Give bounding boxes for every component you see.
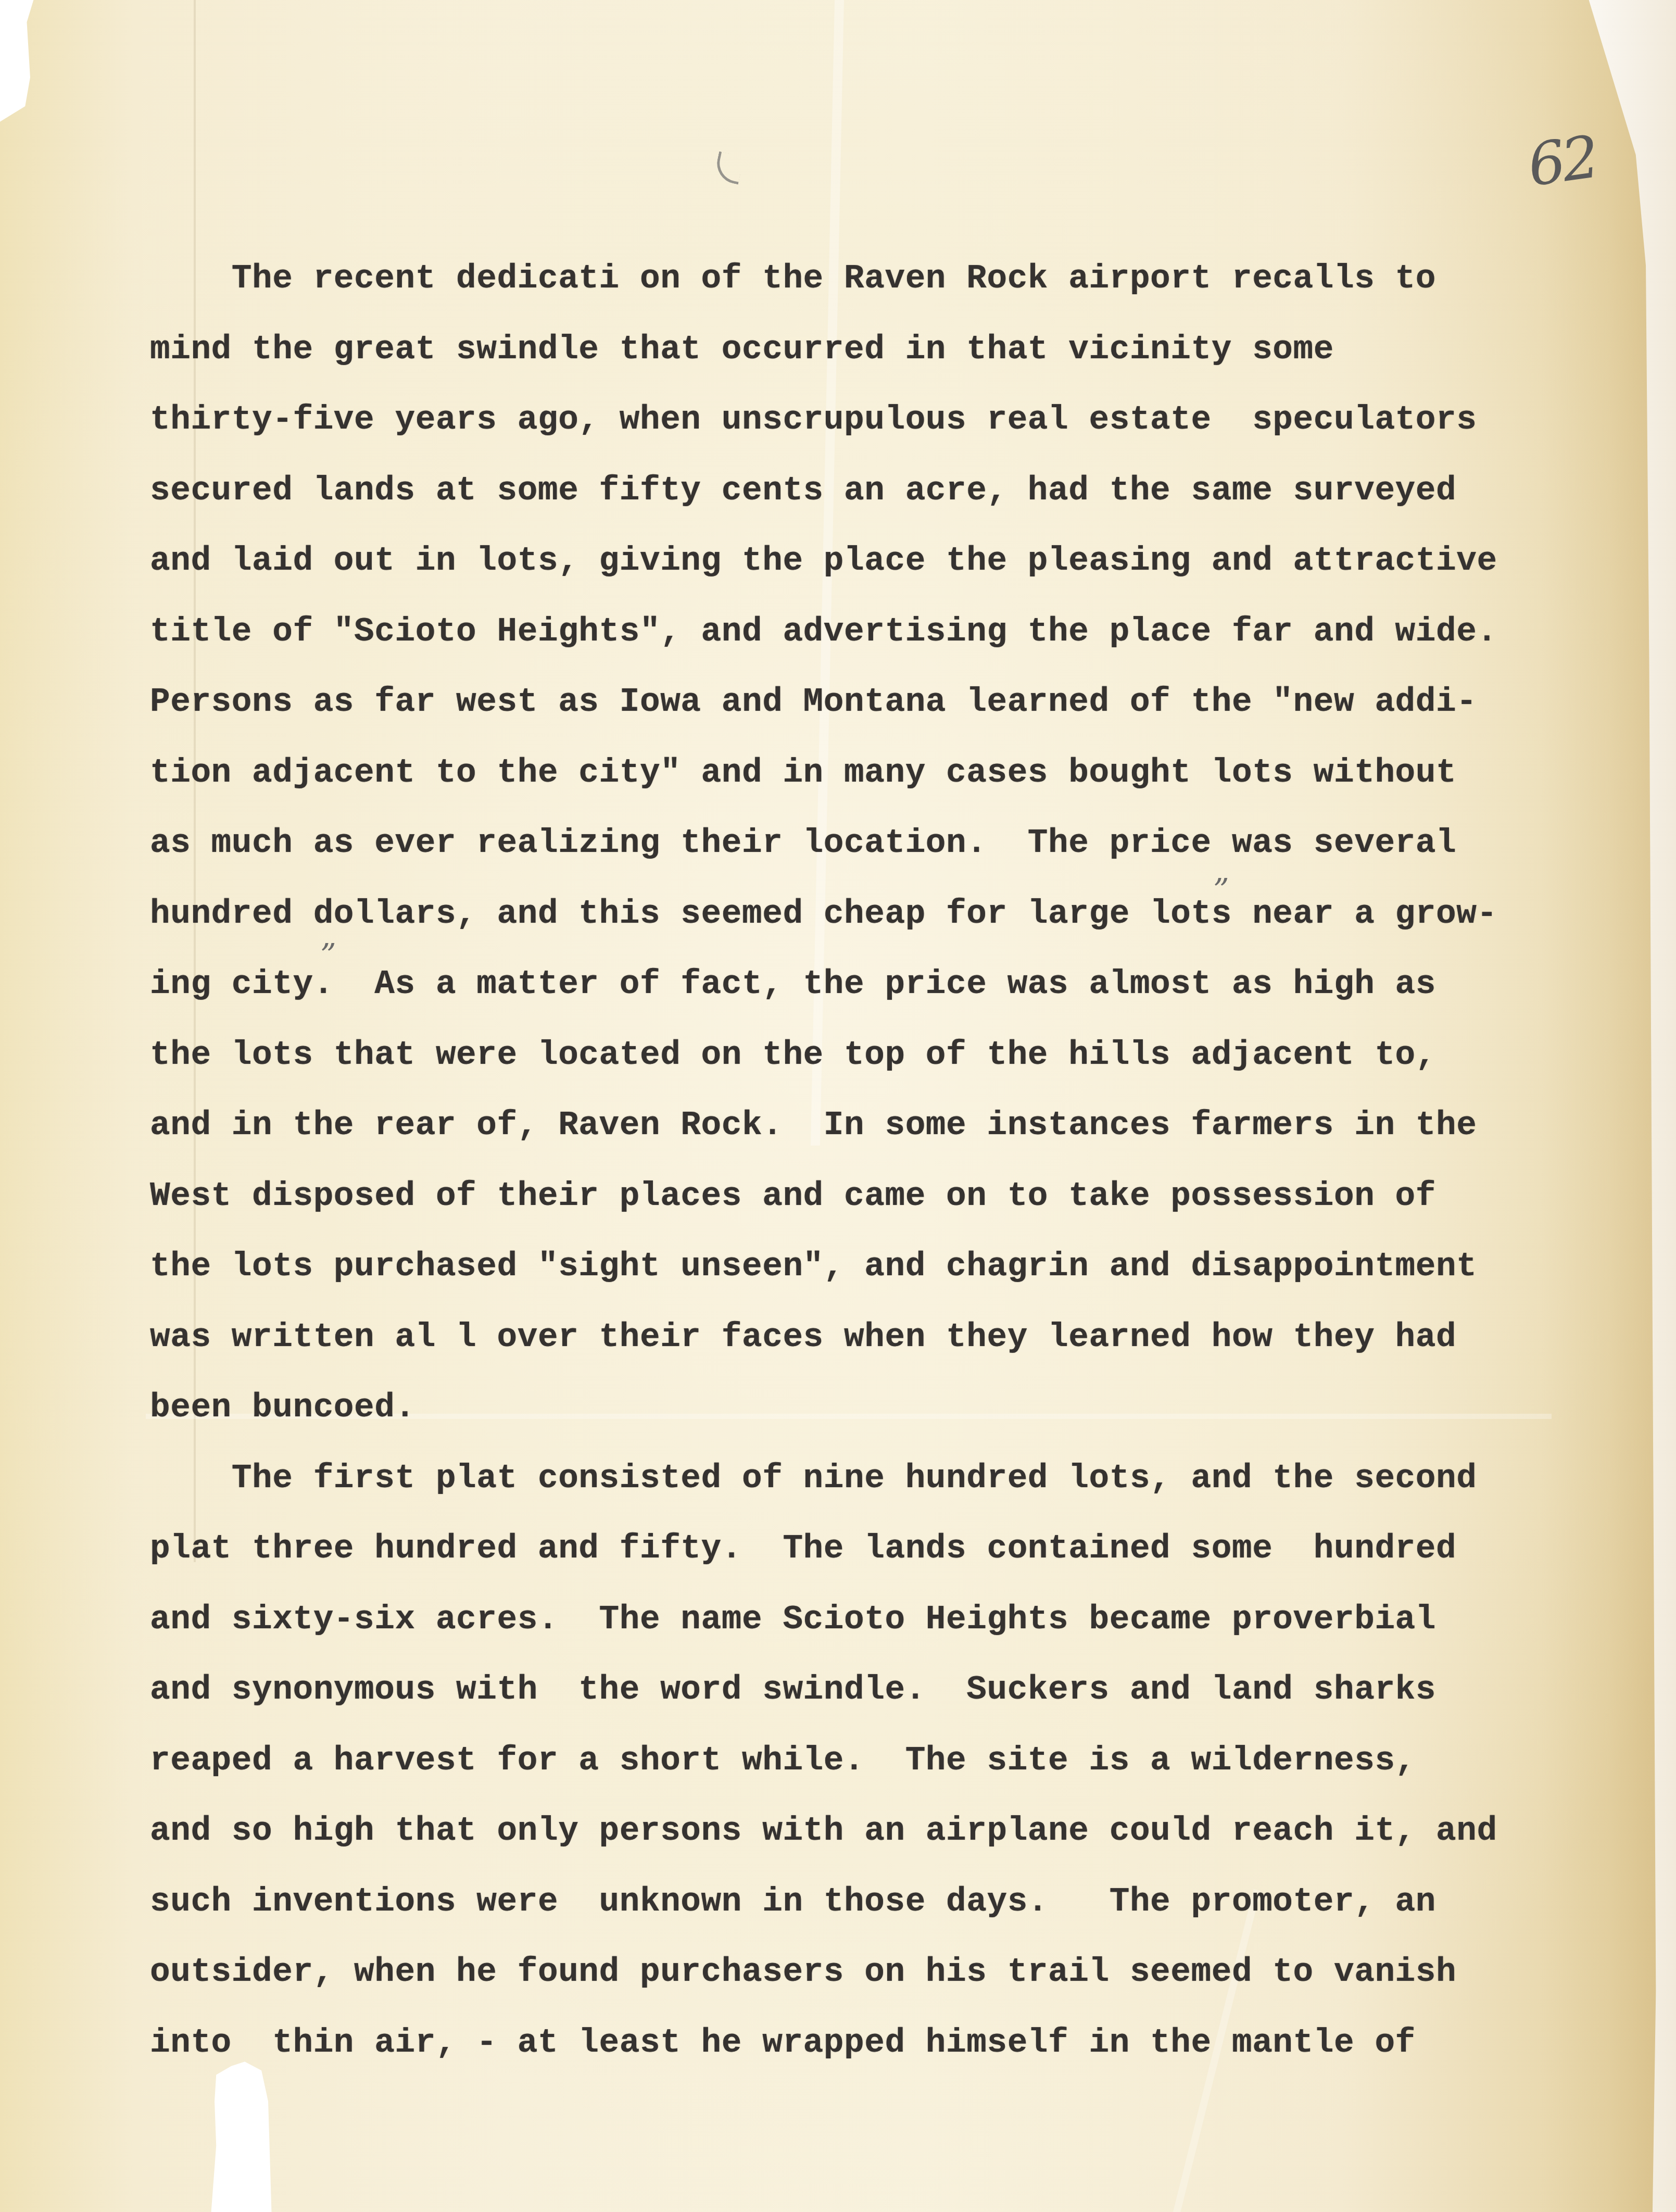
text-line: hundred dollars, and this seemed cheap f… — [150, 879, 1545, 950]
text-line: was written al l over their faces when t… — [150, 1302, 1545, 1373]
text-line: The recent dedicati on of the Raven Rock… — [150, 244, 1545, 315]
text-line: title of "Scioto Heights", and advertisi… — [150, 597, 1545, 668]
text-line: and synonymous with the word swindle. Su… — [150, 1655, 1545, 1726]
text-line: West disposed of their places and came o… — [150, 1161, 1545, 1232]
text-line: thirty-five years ago, when unscrupulous… — [150, 385, 1545, 456]
text-line: into thin air, - at least he wrapped him… — [150, 2008, 1545, 2079]
text-line: mind the great swindle that occurred in … — [150, 315, 1545, 385]
text-line: and so high that only persons with an ai… — [150, 1796, 1545, 1867]
text-line: the lots that were located on the top of… — [150, 1020, 1545, 1091]
typewritten-body: The recent dedicati on of the Raven Rock… — [150, 244, 1545, 2078]
text-line: and sixty-six acres. The name Scioto Hei… — [150, 1585, 1545, 1655]
text-line: tion adjacent to the city" and in many c… — [150, 738, 1545, 809]
text-line: Persons as far west as Iowa and Montana … — [150, 667, 1545, 738]
text-line: and laid out in lots, giving the place t… — [150, 526, 1545, 597]
text-line: The first plat consisted of nine hundred… — [150, 1443, 1545, 1514]
text-line: reaped a harvest for a short while. The … — [150, 1726, 1545, 1796]
text-line: been buncoed. — [150, 1373, 1545, 1443]
text-line: ing city. As a matter of fact, the price… — [150, 949, 1545, 1020]
text-line: and in the rear of, Raven Rock. In some … — [150, 1090, 1545, 1161]
text-line: outsider, when he found purchasers on hi… — [150, 1937, 1545, 2008]
text-line: secured lands at some fifty cents an acr… — [150, 456, 1545, 526]
text-line: the lots purchased "sight unseen", and c… — [150, 1231, 1545, 1302]
paragraph-2: The first plat consisted of nine hundred… — [150, 1443, 1545, 2079]
text-line: such inventions were unknown in those da… — [150, 1867, 1545, 1938]
text-line: as much as ever realizing their location… — [150, 808, 1545, 879]
handwritten-page-number: 62 — [1524, 123, 1601, 200]
text-line: plat three hundred and fifty. The lands … — [150, 1514, 1545, 1585]
paragraph-1: The recent dedicati on of the Raven Rock… — [150, 244, 1545, 1443]
